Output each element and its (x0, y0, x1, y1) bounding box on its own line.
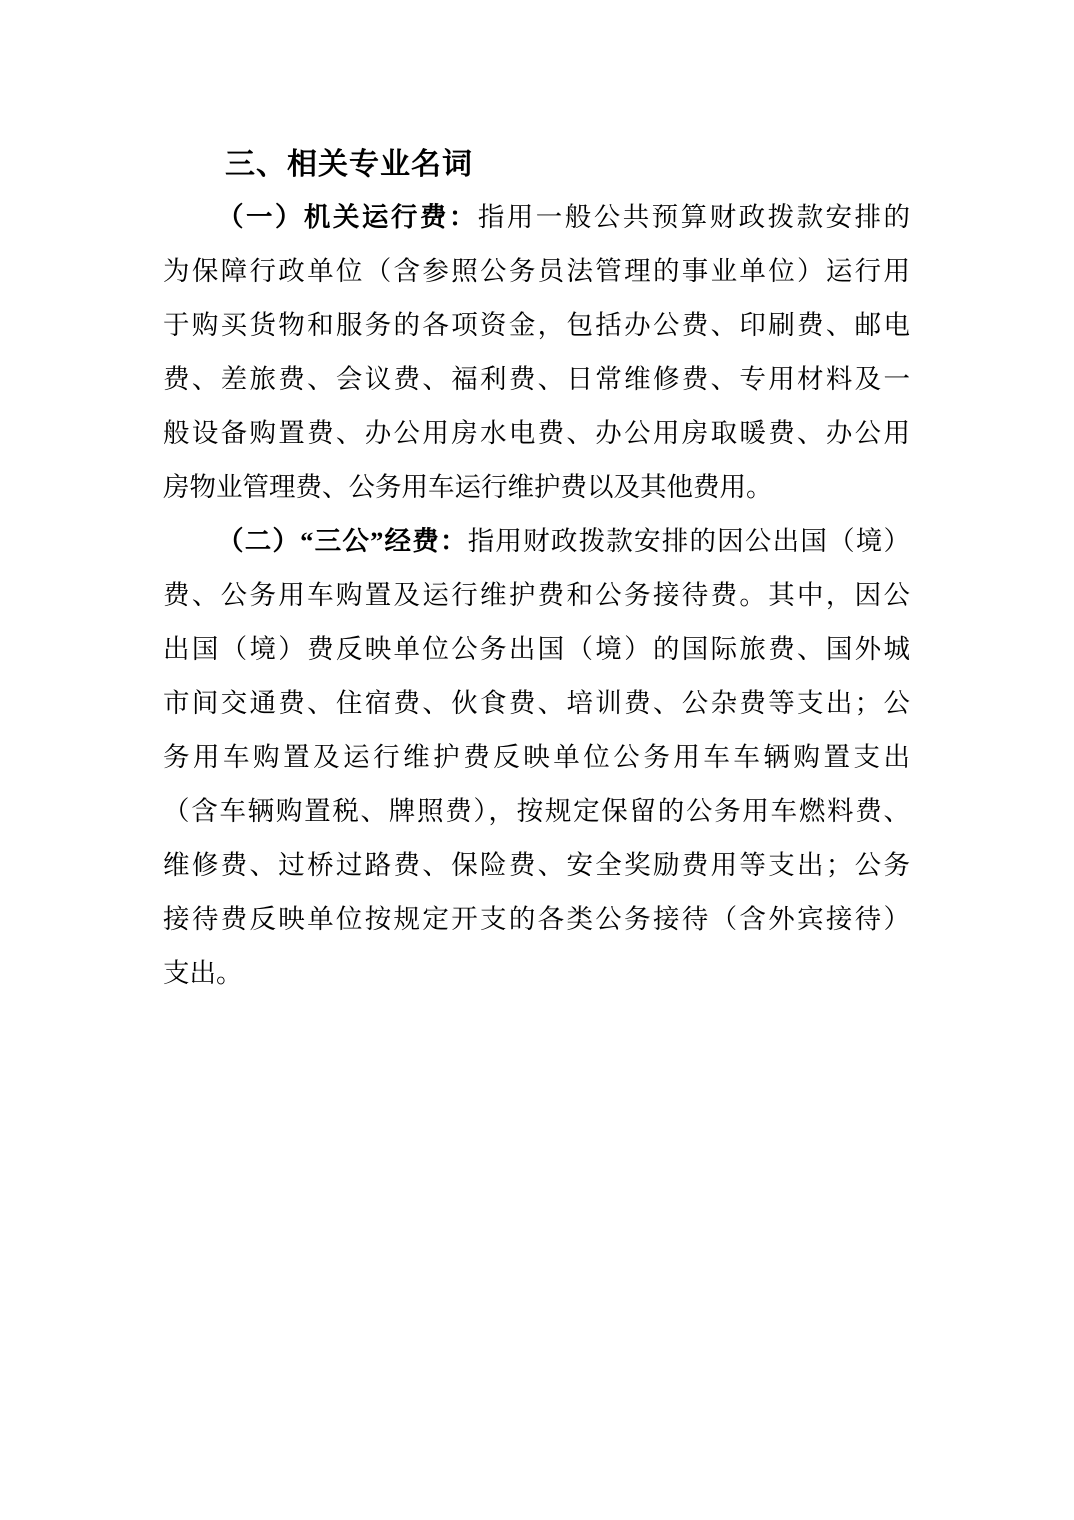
document-content: 三、相关专业名词 （一）机关运行费：指用一般公共预算财政拨款安排的 为保障行政单… (163, 140, 910, 1000)
text-line: （含车辆购置税、牌照费），按规定保留的公务用车燃料费、 (163, 784, 910, 838)
text-line: 出国（境）费反映单位公务出国（境）的国际旅费、国外城 (163, 622, 910, 676)
text-line: （一）机关运行费：指用一般公共预算财政拨款安排的 (163, 190, 910, 244)
section-heading: 三、相关专业名词 (163, 140, 910, 190)
text-line: （二）“三公”经费：指用财政拨款安排的因公出国（境） (163, 514, 910, 568)
paragraph-three-public-funds: （二）“三公”经费：指用财政拨款安排的因公出国（境） 费、公务用车购置及运行维护… (163, 514, 910, 1000)
text-line: 支出。 (163, 946, 910, 1000)
paragraph-organ-operating-fee: （一）机关运行费：指用一般公共预算财政拨款安排的 为保障行政单位（含参照公务员法… (163, 190, 910, 514)
term-label: （二）“三公”经费： (217, 526, 468, 556)
term-definition: 指用财政拨款安排的因公出国（境） (468, 526, 910, 556)
text-line: 费、公务用车购置及运行维护费和公务接待费。其中，因公 (163, 568, 910, 622)
text-line: 务用车购置及运行维护费反映单位公务用车车辆购置支出 (163, 730, 910, 784)
term-label: （一）机关运行费： (217, 202, 478, 232)
document-page: 三、相关专业名词 （一）机关运行费：指用一般公共预算财政拨款安排的 为保障行政单… (0, 0, 1074, 1520)
text-line: 费、差旅费、会议费、福利费、日常维修费、专用材料及一 (163, 352, 910, 406)
text-line: 于购买货物和服务的各项资金，包括办公费、印刷费、邮电 (163, 298, 910, 352)
text-line: 为保障行政单位（含参照公务员法管理的事业单位）运行用 (163, 244, 910, 298)
text-line: 房物业管理费、公务用车运行维护费以及其他费用。 (163, 460, 910, 514)
text-line: 市间交通费、住宿费、伙食费、培训费、公杂费等支出；公 (163, 676, 910, 730)
term-definition: 指用一般公共预算财政拨款安排的 (478, 202, 910, 232)
text-line: 般设备购置费、办公用房水电费、办公用房取暖费、办公用 (163, 406, 910, 460)
text-line: 维修费、过桥过路费、保险费、安全奖励费用等支出；公务 (163, 838, 910, 892)
text-line: 接待费反映单位按规定开支的各类公务接待（含外宾接待） (163, 892, 910, 946)
